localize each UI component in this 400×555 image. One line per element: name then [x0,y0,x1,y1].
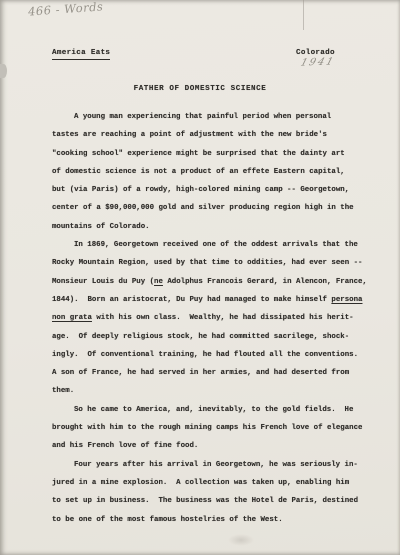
text-line: brought with him to the rough mining cam… [52,419,388,437]
text-line: of domestic science is not a product of … [52,163,388,181]
text-segment: Rocky Mountain Region, used by that time… [52,259,362,267]
text-segment: with his own class. Wealthy, he had diss… [92,314,354,322]
document-page: 466 - Words America Eats Colorado 1941 F… [0,0,400,555]
text-line: but (via Paris) of a rowdy, high-colored… [52,181,388,199]
text-segment: center of a $90,000,000 gold and silver … [52,204,354,212]
text-segment: them. [52,387,74,395]
text-line: So he came to America, and, inevitably, … [52,401,388,419]
document-body: A young man experiencing that painful pe… [52,108,388,529]
underlined-text-segment: ne [154,278,163,286]
text-line: In 1869, Georgetown received one of the … [52,236,388,254]
text-line: ingly. Of conventional training, he had … [52,346,388,364]
text-segment: age. Of deeply religious stock, he had c… [52,333,349,341]
text-segment: In 1869, Georgetown received one of the … [74,241,358,249]
text-line: A son of France, he had served in her ar… [52,364,388,382]
text-segment: 1844). Born an aristocrat, Du Puy had ma… [52,296,331,304]
header-project-title: America Eats [52,49,110,60]
text-segment: and his French love of fine food. [52,442,198,450]
text-line: age. Of deeply religious stock, he had c… [52,328,388,346]
text-line: and his French love of fine food. [52,437,388,455]
text-line: Monsieur Louis du Puy (ne Adolphus Franc… [52,273,388,291]
text-line: them. [52,382,388,400]
text-line: "cooking school" experience might be sur… [52,145,388,163]
text-line: mountains of Colorado. [52,218,388,236]
handwritten-year-note: 1941 [299,56,336,68]
text-segment: ingly. Of conventional training, he had … [52,351,358,359]
text-segment: A son of France, he had served in her ar… [52,369,349,377]
text-line: center of a $90,000,000 gold and silver … [52,199,388,217]
text-segment: So he came to America, and, inevitably, … [74,406,353,414]
text-segment: mountains of Colorado. [52,223,150,231]
text-line: Rocky Mountain Region, used by that time… [52,254,388,272]
text-line: Four years after his arrival in Georgeto… [52,456,388,474]
handwritten-word-count-note: 466 - Words [28,0,104,19]
scan-crease-artifact [303,0,304,30]
paper-edge-notch [0,64,7,78]
document-title: FATHER OF DOMESTIC SCIENCE [0,85,400,93]
text-segment: to be one of the most famous hostelries … [52,516,283,524]
text-segment: to set up in business. The business was … [52,497,358,505]
text-segment: Four years after his arrival in Georgeto… [74,461,358,469]
scan-smudge-artifact [228,534,254,546]
text-line: jured in a mine explosion. A collection … [52,474,388,492]
text-line: tastes are reaching a point of adjustmen… [52,126,388,144]
text-segment: but (via Paris) of a rowdy, high-colored… [52,186,349,194]
text-segment: tastes are reaching a point of adjustmen… [52,131,327,139]
text-line: non grata with his own class. Wealthy, h… [52,309,388,327]
text-segment: jured in a mine explosion. A collection … [52,479,349,487]
text-segment: A young man experiencing that painful pe… [74,113,331,121]
underlined-text-segment: persona [331,296,362,304]
text-segment: brought with him to the rough mining cam… [52,424,362,432]
text-segment: "cooking school" experience might be sur… [52,150,345,158]
text-line: to set up in business. The business was … [52,492,388,510]
text-line: to be one of the most famous hostelries … [52,511,388,529]
text-segment: Monsieur Louis du Puy ( [52,278,154,286]
text-line: 1844). Born an aristocrat, Du Puy had ma… [52,291,388,309]
text-segment: of domestic science is not a product of … [52,168,345,176]
text-segment: Adolphus Francois Gerard, in Alencon, Fr… [163,278,367,286]
underlined-text-segment: non grata [52,314,92,322]
text-line: A young man experiencing that painful pe… [52,108,388,126]
